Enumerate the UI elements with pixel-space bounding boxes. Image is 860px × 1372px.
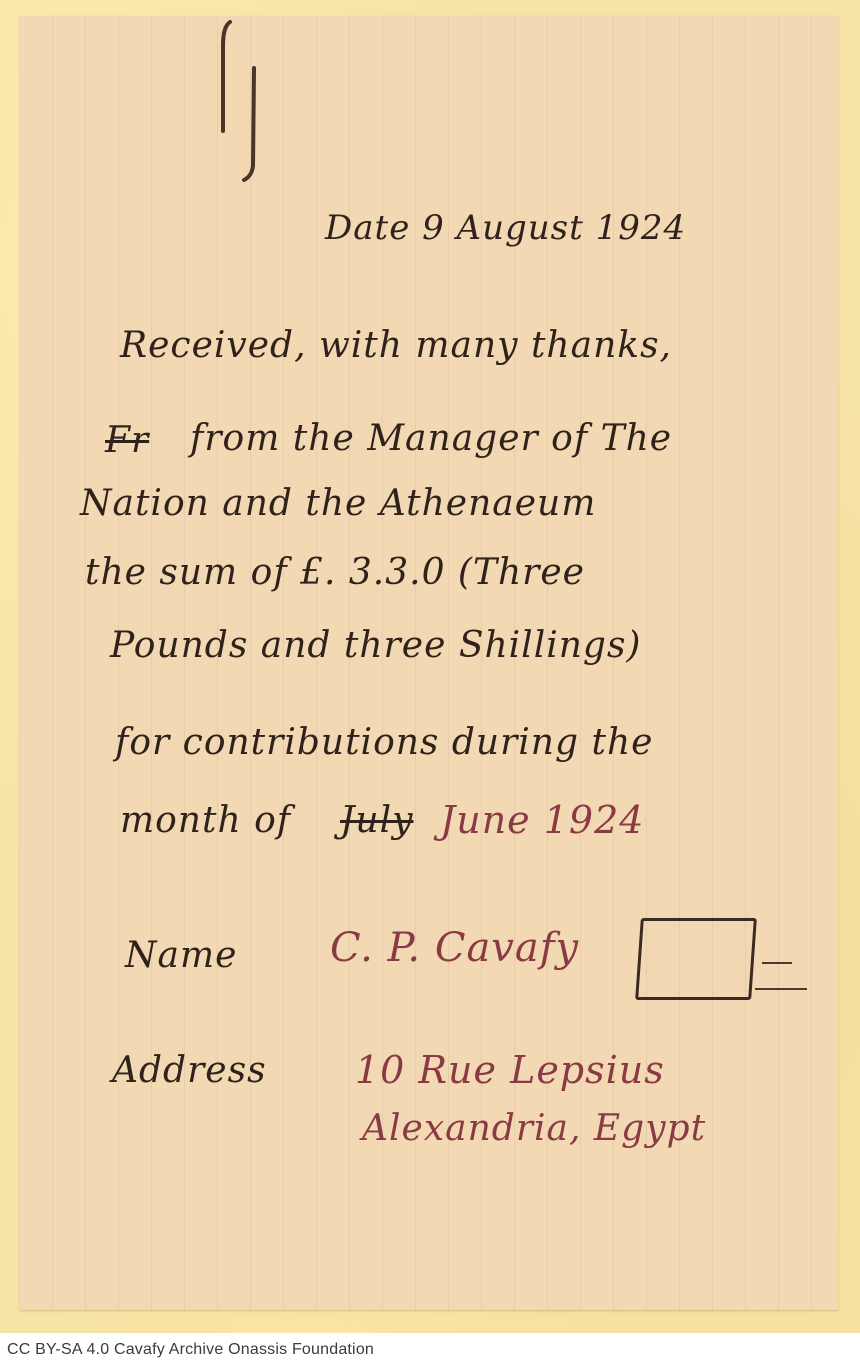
address-label: Address: [112, 1050, 267, 1091]
name-label: Name: [125, 935, 237, 976]
license-credit: CC BY-SA 4.0 Cavafy Archive Onassis Foun…: [7, 1341, 374, 1359]
from-manager-line: from the Manager of The: [190, 418, 672, 459]
sum-line: the sum of £. 3.3.0 (Three: [85, 552, 585, 593]
dash-mark-2: [755, 988, 807, 990]
struck-month: July: [340, 800, 413, 841]
address-line-1: 10 Rue Lepsius: [355, 1048, 665, 1092]
struck-word: Fr: [105, 420, 149, 461]
month-value: June 1924: [440, 798, 644, 842]
nation-athenaeum-line: Nation and the Athenaeum: [80, 483, 596, 524]
received-line: Received, with many thanks,: [120, 325, 672, 366]
pounds-shillings-line: Pounds and three Shillings): [110, 625, 641, 666]
footer-bar: CC BY-SA 4.0 Cavafy Archive Onassis Foun…: [0, 1333, 860, 1372]
date-line: Date 9 August 1924: [325, 208, 686, 248]
month-label: month of: [120, 800, 291, 841]
dash-mark-1: [762, 962, 792, 964]
stamp-box-icon: [635, 918, 757, 1000]
paperclip-mark-icon: [216, 16, 266, 186]
contributions-line: for contributions during the: [115, 722, 653, 763]
name-value: C. P. Cavafy: [330, 925, 579, 971]
address-line-2: Alexandria, Egypt: [362, 1108, 706, 1149]
